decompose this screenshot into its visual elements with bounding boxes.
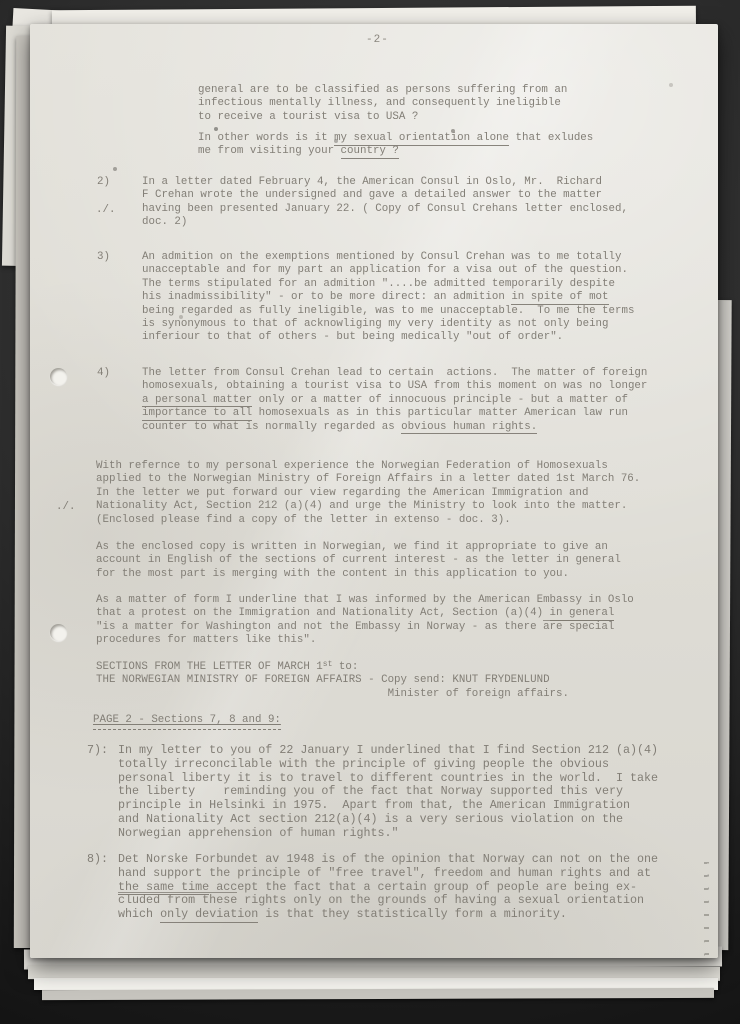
text-line: applied to the Norwegian Ministry of For…	[96, 473, 640, 486]
text-line: Nationality Act, Section 212 (a)(4) and …	[96, 500, 640, 513]
sections-heading: SECTIONS FROM THE LETTER OF MARCH 1st to…	[96, 658, 569, 701]
text-line: An admition on the exemptions mentioned …	[142, 251, 634, 264]
text-segment: THE NORWEGIAN MINISTRY OF FOREIGN AFFAIR…	[96, 674, 550, 686]
text-line: The terms stipulated for an admition "..…	[142, 278, 634, 291]
numbered-item-7: 7):In my letter to you of 22 January I u…	[118, 744, 658, 841]
photographed-document-scene: -2- general are to be classified as pers…	[0, 0, 740, 1024]
text-segment: PAGE 2 - Sections 7, 8 and 9:	[93, 714, 281, 730]
text-line: that a protest on the Immigration and Na…	[96, 607, 634, 620]
text-segment: to:	[332, 661, 358, 673]
text-segment: In a letter dated February 4, the Americ…	[142, 176, 602, 188]
text-segment: rights only on the grounds of having a s…	[237, 893, 644, 907]
text-segment: The letter from Consul Crehan lead to ce…	[142, 367, 647, 379]
text-segment: and Nationality Act section 212(a)(4) is…	[118, 812, 623, 826]
text-line: a personal matter only or a matter of in…	[142, 394, 647, 407]
text-segment: F Crehan wrote the undersigned and gave …	[142, 189, 602, 201]
federation-paragraph: With refernce to my personal experience …	[96, 460, 640, 527]
punch-hole-bottom	[50, 624, 67, 641]
text-line: totally irreconcilable with the principl…	[118, 758, 658, 772]
text-segment: the liberty reminding you of the fact th…	[118, 784, 623, 798]
text-segment: homosexuals as in this particular matter…	[252, 407, 628, 419]
paper-stack-edge	[42, 988, 714, 1000]
text-line: In my letter to you of 22 January I unde…	[118, 744, 658, 758]
text-segment: In the letter we put forward our view re…	[96, 487, 588, 499]
text-line: Minister of foreign affairs.	[96, 688, 569, 701]
text-segment: inferiour to that of others - but being …	[142, 331, 563, 343]
text-segment: having been presented January 22. ( Copy…	[142, 203, 628, 215]
text-line: homosexuals, obtaining a tourist visa to…	[142, 380, 647, 393]
text-segment: cluded from these	[118, 892, 237, 907]
text-segment: (Enclosed please find a copy of the lett…	[96, 514, 511, 526]
text-segment: Minister of foreign affairs.	[96, 688, 569, 700]
text-line: (Enclosed please find a copy of the lett…	[96, 514, 640, 527]
text-segment: in general	[550, 607, 615, 621]
numbered-item-4: 4)The letter from Consul Crehan lead to …	[142, 367, 647, 434]
text-line: In the letter we put forward our view re…	[96, 487, 640, 500]
text-segment: only or a matter of innocuous principle …	[252, 394, 628, 406]
text-segment: In my letter to you of 22 January I unde…	[118, 743, 658, 757]
text-segment: With refernce to my personal experience …	[96, 460, 608, 472]
text-segment: a personal matter	[142, 394, 252, 408]
text-line: for the most part is merging with the co…	[96, 568, 621, 581]
text-segment: my sexual orientation alone	[334, 132, 509, 146]
page-2-sections-heading: PAGE 2 - Sections 7, 8 and 9:	[93, 714, 281, 727]
text-line: In other words is it my sexual orientati…	[198, 132, 593, 145]
text-line: As a matter of form I underline that I w…	[96, 594, 634, 607]
text-segment: only deviation	[160, 907, 258, 923]
text-line: Det Norske Forbundet av 1948 is of the o…	[118, 853, 658, 867]
page-number: -2-	[366, 34, 389, 46]
item-number: 2)	[97, 176, 110, 189]
text-line: counter to what is normally regarded as …	[142, 421, 647, 434]
text-line: principle in Helsinki in 1975. Apart fro…	[118, 799, 658, 813]
text-line: inferiour to that of others - but being …	[142, 331, 634, 344]
paper-specks	[30, 24, 32, 26]
text-line: PAGE 2 - Sections 7, 8 and 9:	[93, 714, 281, 727]
text-segment: An admition on the exemptions mentioned …	[142, 251, 621, 263]
text-segment: Norwegian apprehension of human rights."	[118, 826, 399, 840]
text-segment: procedures for matters like this".	[96, 634, 316, 646]
text-segment: infectious mentally illness, and consequ…	[198, 97, 561, 109]
text-segment: The terms stipulated for an admition "..…	[142, 278, 615, 290]
text-segment: In other words is it	[198, 132, 334, 144]
text-line: cluded from these rights only on the gro…	[118, 894, 658, 908]
text-segment: accept the fact that a certain group of …	[209, 880, 637, 894]
text-line: F Crehan wrote the undersigned and gave …	[142, 189, 628, 202]
text-segment: in spite of mot	[511, 291, 608, 305]
numbered-item-2: 2)In a letter dated February 4, the Amer…	[142, 176, 628, 230]
text-segment: personal liberty it is to travel to diff…	[118, 771, 658, 785]
text-line: which only deviation is that they statis…	[118, 908, 658, 922]
text-segment: are special	[543, 620, 614, 633]
text-segment: obvious human rights.	[401, 421, 537, 435]
text-segment: account in English of the sections of cu…	[96, 554, 621, 566]
text-line: With refernce to my personal experience …	[96, 460, 640, 473]
text-segment: is synonymous to that of acknowliging my…	[142, 318, 609, 330]
text-segment: Nationality Act, Section 212 (a)(4) and …	[96, 500, 627, 512]
text-line: having been presented January 22. ( Copy…	[142, 203, 628, 216]
text-line: hand support the principle of "free trav…	[118, 867, 658, 881]
intro-continued-paragraph: general are to be classified as persons …	[198, 84, 567, 124]
text-line: The letter from Consul Crehan lead to ce…	[142, 367, 647, 380]
text-segment: principle in Helsinki in 1975. Apart fro…	[118, 798, 630, 812]
text-segment: As a matter of form I underline that I w…	[96, 594, 634, 606]
enclosed-copy-paragraph: As the enclosed copy is written in Norwe…	[96, 541, 621, 581]
text-segment: applied to the Norwegian Ministry of For…	[96, 473, 640, 485]
text-line: THE NORWEGIAN MINISTRY OF FOREIGN AFFAIR…	[96, 674, 569, 687]
edge-pencil-marks	[704, 862, 709, 966]
text-segment: importance to all	[142, 407, 252, 421]
text-line: to receive a tourist visa to USA ?	[198, 111, 567, 124]
text-line: and Nationality Act section 212(a)(4) is…	[118, 813, 658, 827]
text-line: infectious mentally illness, and consequ…	[198, 97, 567, 110]
text-segment: doc. 2)	[142, 216, 187, 228]
text-line: As the enclosed copy is written in Norwe…	[96, 541, 621, 554]
text-line: importance to all homosexuals as in this…	[142, 407, 647, 420]
enclosure-mark: ./.	[56, 501, 75, 513]
text-segment: which	[118, 907, 160, 921]
item-number: 4)	[97, 367, 110, 380]
numbered-item-8: 8):Det Norske Forbundet av 1948 is of th…	[118, 853, 658, 922]
item-number: 8):	[87, 853, 108, 867]
text-line: general are to be classified as persons …	[198, 84, 567, 97]
punch-hole-top	[50, 368, 67, 385]
text-line: personal liberty it is to travel to diff…	[118, 772, 658, 786]
text-line: SECTIONS FROM THE LETTER OF MARCH 1st to…	[96, 658, 569, 674]
text-segment: that exludes	[509, 132, 593, 144]
text-segment: hand support the principle of "free trav…	[118, 866, 651, 880]
text-line: "is a matter for Washington and not the …	[96, 621, 634, 634]
item-number: 7):	[87, 744, 108, 758]
text-segment: As the enclosed copy is written in Norwe…	[96, 541, 608, 553]
text-segment: SECTIONS FROM THE LETTER OF MARCH 1	[96, 661, 323, 673]
text-line: Norwegian apprehension of human rights."	[118, 827, 658, 841]
text-segment: st	[323, 660, 333, 669]
text-segment: for the most part is merging with the co…	[96, 568, 569, 580]
matter-of-form-paragraph: As a matter of form I underline that I w…	[96, 594, 634, 648]
text-segment: "is a matter for Washington and not the …	[96, 621, 543, 633]
text-segment: general are to be classified as persons …	[198, 84, 567, 96]
text-segment: is that they statistically form a minori…	[258, 907, 567, 921]
text-segment: unacceptable and for my part an applicat…	[142, 264, 628, 276]
intro-question-paragraph: In other words is it my sexual orientati…	[198, 132, 593, 159]
item-number: 3)	[97, 251, 110, 264]
text-segment: Det Norske Forbundet av 1948 is of the o…	[118, 852, 658, 866]
text-line: his inadmissibility" - or to be more dir…	[142, 291, 634, 304]
text-line: procedures for matters like this".	[96, 634, 634, 647]
text-segment: being regarded as fully ineligible, was …	[142, 305, 634, 317]
text-line: is synonymous to that of acknowliging my…	[142, 318, 634, 331]
enclosure-mark: ./.	[96, 204, 115, 216]
text-line: being regarded as fully ineligible, was …	[142, 305, 634, 318]
text-line: In a letter dated February 4, the Americ…	[142, 176, 628, 189]
numbered-item-3: 3)An admition on the exemptions mentione…	[142, 251, 634, 345]
text-line: unacceptable and for my part an applicat…	[142, 264, 634, 277]
text-segment: me from visiting your	[198, 145, 341, 157]
text-segment: country ?	[341, 145, 399, 159]
text-line: doc. 2)	[142, 216, 628, 229]
text-segment: totally irreconcilable with the principl…	[118, 757, 609, 771]
text-segment: that a protest on the Immigration and Na…	[96, 607, 550, 619]
typewritten-page: -2- general are to be classified as pers…	[30, 24, 718, 958]
text-segment: counter to what is normally regarded as	[142, 421, 401, 433]
text-line: the liberty reminding you of the fact th…	[118, 785, 658, 799]
text-segment: his inadmissibility" - or to be more dir…	[142, 291, 511, 303]
text-line: account in English of the sections of cu…	[96, 554, 621, 567]
text-segment: to receive a tourist visa to USA ?	[198, 111, 418, 123]
text-line: me from visiting your country ?	[198, 145, 593, 158]
text-segment: homosexuals, obtaining a tourist visa to…	[142, 380, 647, 392]
